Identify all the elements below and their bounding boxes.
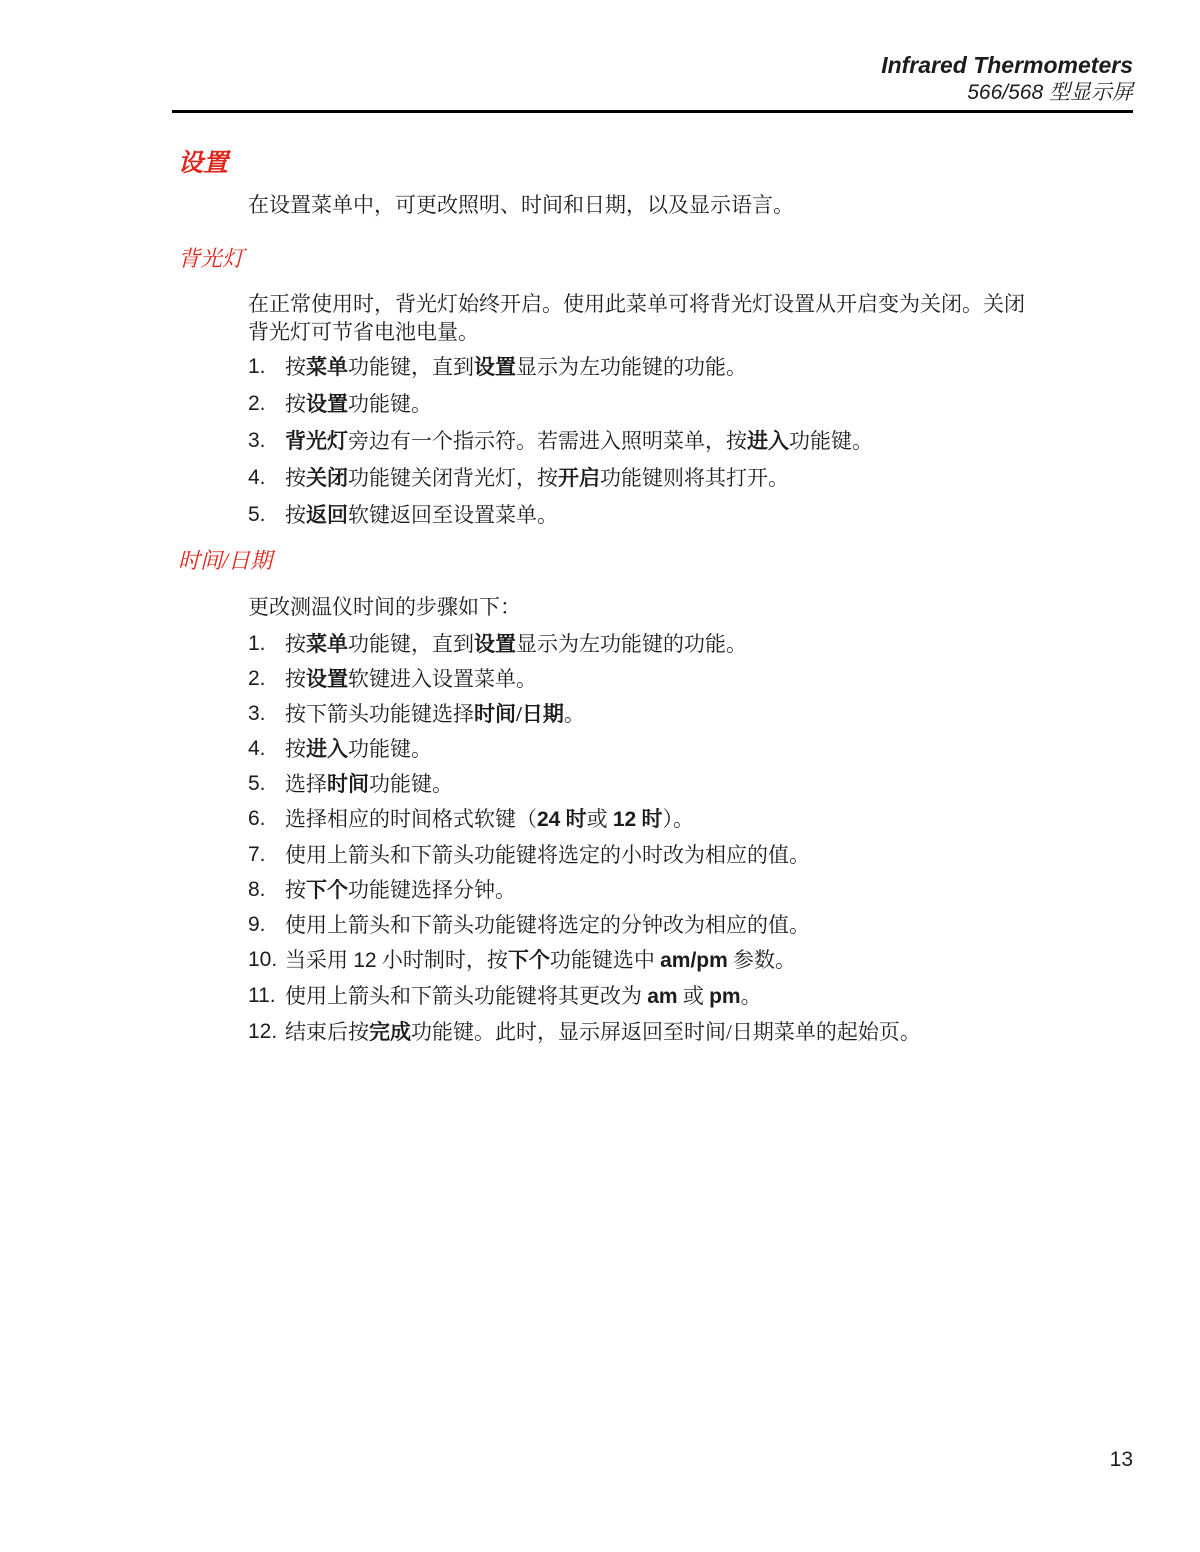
step-text: 使用上箭头和下箭头功能键将选定的小时改为相应的值。 — [285, 841, 1048, 869]
step-number: 10. — [248, 946, 285, 975]
step-number: 12. — [248, 1018, 285, 1046]
document-page: { "colors": { "heading_red": "#e2231a", … — [0, 0, 1200, 1552]
list-item: 2.按设置软键进入设置菜单。 — [248, 665, 1048, 693]
step-number: 1. — [248, 630, 285, 658]
time-date-step-list: 1.按菜单功能键，直到设置显示为左功能键的功能。2.按设置软键进入设置菜单。3.… — [248, 630, 1048, 1046]
list-item: 12.结束后按完成功能键。此时，显示屏返回至时间/日期菜单的起始页。 — [248, 1018, 1048, 1046]
list-item: 7.使用上箭头和下箭头功能键将选定的小时改为相应的值。 — [248, 841, 1048, 869]
list-item: 3.背光灯旁边有一个指示符。若需进入照明菜单，按进入功能键。 — [248, 427, 1048, 455]
step-number: 7. — [248, 841, 285, 869]
header-rule — [172, 110, 1133, 113]
step-number: 11. — [248, 982, 285, 1011]
list-item: 5.选择时间功能键。 — [248, 770, 1048, 798]
list-item: 6.选择相应的时间格式软键（24 时或 12 时）。 — [248, 805, 1048, 834]
list-item: 4.按关闭功能键关闭背光灯，按开启功能键则将其打开。 — [248, 464, 1048, 492]
list-item: 5.按返回软键返回至设置菜单。 — [248, 501, 1048, 529]
list-item: 10.当采用 12 小时制时，按下个功能键选中 am/pm 参数。 — [248, 946, 1048, 975]
step-number: 5. — [248, 770, 285, 798]
step-text: 按菜单功能键，直到设置显示为左功能键的功能。 — [285, 630, 1048, 658]
step-text: 按设置功能键。 — [285, 390, 1048, 418]
list-item: 3.按下箭头功能键选择时间/日期。 — [248, 700, 1048, 728]
header-subtitle: 566/568 型显示屏 — [172, 80, 1133, 105]
list-item: 11.使用上箭头和下箭头功能键将其更改为 am 或 pm。 — [248, 982, 1048, 1011]
step-text: 按下箭头功能键选择时间/日期。 — [285, 700, 1048, 728]
step-text: 按设置软键进入设置菜单。 — [285, 665, 1048, 693]
step-number: 1. — [248, 353, 285, 381]
list-item: 4.按进入功能键。 — [248, 735, 1048, 763]
section-intro-backlight: 在正常使用时，背光灯始终开启。使用此菜单可将背光灯设置从开启变为关闭。关闭背光灯… — [248, 290, 1040, 346]
step-number: 3. — [248, 427, 285, 455]
list-item: 9.使用上箭头和下箭头功能键将选定的分钟改为相应的值。 — [248, 911, 1048, 939]
list-item: 1.按菜单功能键，直到设置显示为左功能键的功能。 — [248, 353, 1048, 381]
page-content: 设置 在设置菜单中，可更改照明、时间和日期，以及显示语言。 背光灯 在正常使用时… — [0, 150, 1200, 1046]
step-number: 4. — [248, 735, 285, 763]
section-intro-time-date: 更改测温仪时间的步骤如下： — [248, 593, 1040, 621]
step-text: 背光灯旁边有一个指示符。若需进入照明菜单，按进入功能键。 — [285, 427, 1048, 455]
step-number: 9. — [248, 911, 285, 939]
section-intro-setup: 在设置菜单中，可更改照明、时间和日期，以及显示语言。 — [248, 191, 1040, 219]
list-item: 8.按下个功能键选择分钟。 — [248, 876, 1048, 904]
page-header: Infrared Thermometers 566/568 型显示屏 — [172, 52, 1133, 105]
section-heading-time-date: 时间/日期 — [178, 547, 1200, 574]
step-number: 4. — [248, 464, 285, 492]
step-number: 2. — [248, 390, 285, 418]
step-text: 按下个功能键选择分钟。 — [285, 876, 1048, 904]
header-title: Infrared Thermometers — [172, 52, 1133, 79]
backlight-step-list: 1.按菜单功能键，直到设置显示为左功能键的功能。2.按设置功能键。3.背光灯旁边… — [248, 353, 1048, 529]
section-heading-backlight: 背光灯 — [178, 245, 1200, 272]
step-text: 使用上箭头和下箭头功能键将选定的分钟改为相应的值。 — [285, 911, 1048, 939]
step-text: 当采用 12 小时制时，按下个功能键选中 am/pm 参数。 — [285, 946, 1048, 975]
step-text: 使用上箭头和下箭头功能键将其更改为 am 或 pm。 — [285, 982, 1048, 1011]
step-text: 按返回软键返回至设置菜单。 — [285, 501, 1048, 529]
step-text: 结束后按完成功能键。此时，显示屏返回至时间/日期菜单的起始页。 — [285, 1018, 1048, 1046]
step-number: 6. — [248, 805, 285, 834]
step-number: 5. — [248, 501, 285, 529]
step-number: 3. — [248, 700, 285, 728]
page-number: 13 — [172, 1448, 1133, 1472]
step-text: 按进入功能键。 — [285, 735, 1048, 763]
step-text: 按关闭功能键关闭背光灯，按开启功能键则将其打开。 — [285, 464, 1048, 492]
step-number: 8. — [248, 876, 285, 904]
step-text: 按菜单功能键，直到设置显示为左功能键的功能。 — [285, 353, 1048, 381]
list-item: 1.按菜单功能键，直到设置显示为左功能键的功能。 — [248, 630, 1048, 658]
section-heading-setup: 设置 — [178, 150, 1200, 178]
step-text: 选择相应的时间格式软键（24 时或 12 时）。 — [285, 805, 1048, 834]
step-number: 2. — [248, 665, 285, 693]
list-item: 2.按设置功能键。 — [248, 390, 1048, 418]
step-text: 选择时间功能键。 — [285, 770, 1048, 798]
